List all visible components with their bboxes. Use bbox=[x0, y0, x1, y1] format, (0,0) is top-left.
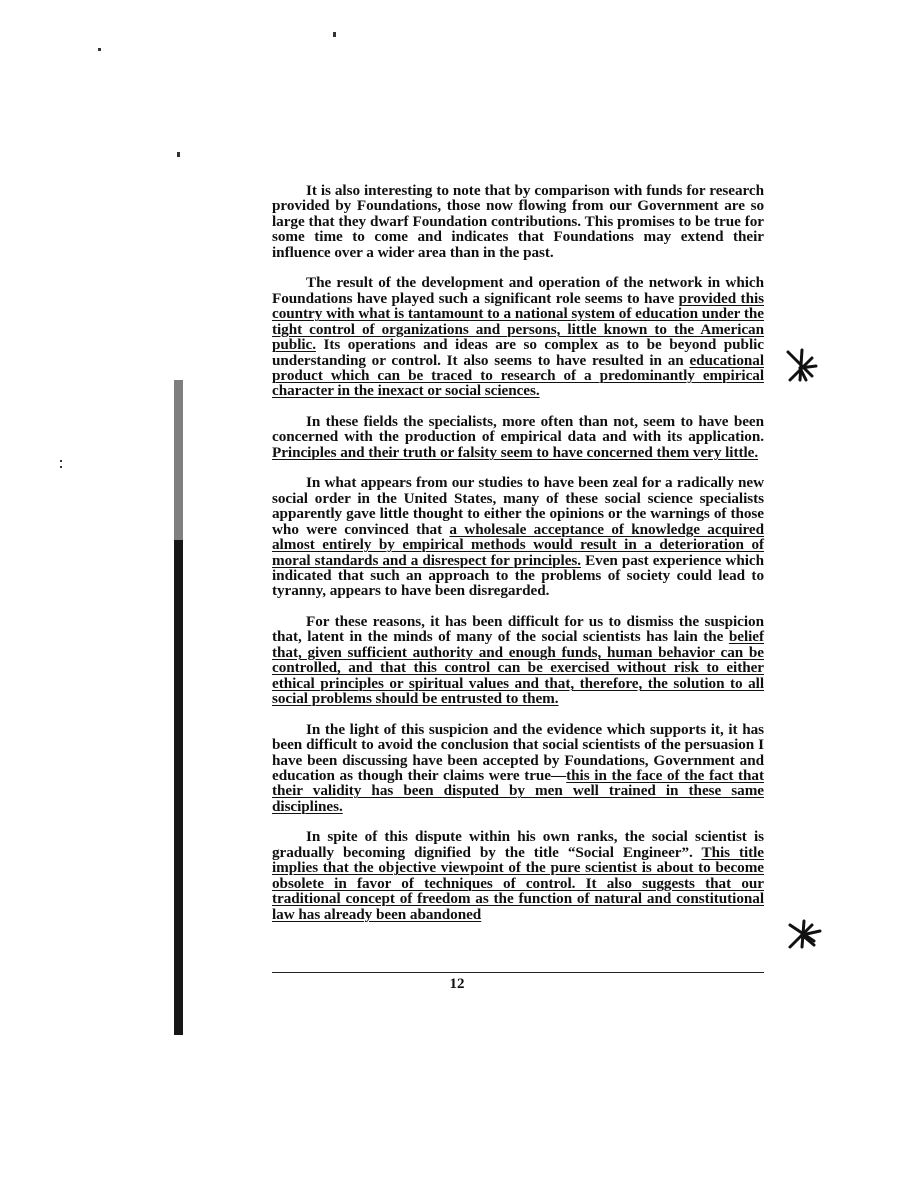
scan-speck bbox=[177, 152, 180, 157]
text-run: In spite of this dispute within his own … bbox=[272, 828, 764, 860]
scan-speck bbox=[333, 32, 336, 37]
text-run: In these fields the specialists, more of… bbox=[272, 413, 764, 445]
page-number: 12 bbox=[0, 976, 914, 993]
paragraph: For these reasons, it has been difficult… bbox=[272, 614, 764, 707]
paragraph: In the light of this suspicion and the e… bbox=[272, 722, 764, 815]
underlined-passage: Principles and their truth or falsity se… bbox=[272, 444, 758, 461]
scan-speck bbox=[98, 48, 101, 51]
document-body: It is also interesting to note that by c… bbox=[272, 183, 764, 922]
asterisk-margin-mark-icon bbox=[784, 915, 824, 955]
paragraph: In spite of this dispute within his own … bbox=[272, 829, 764, 922]
text-run: For these reasons, it has been difficult… bbox=[272, 613, 764, 645]
scanned-document-page: It is also interesting to note that by c… bbox=[0, 0, 914, 1187]
paragraph: It is also interesting to note that by c… bbox=[272, 183, 764, 260]
paragraph: In what appears from our studies to have… bbox=[272, 475, 764, 599]
scan-speck bbox=[60, 460, 62, 462]
binding-edge-shadow bbox=[174, 540, 183, 1035]
text-run: It is also interesting to note that by c… bbox=[272, 182, 764, 261]
scan-speck bbox=[60, 466, 62, 468]
paragraph: In these fields the specialists, more of… bbox=[272, 414, 764, 460]
footer-rule bbox=[272, 972, 764, 973]
paragraph: The result of the development and operat… bbox=[272, 275, 764, 399]
asterisk-margin-mark-icon bbox=[780, 346, 820, 386]
